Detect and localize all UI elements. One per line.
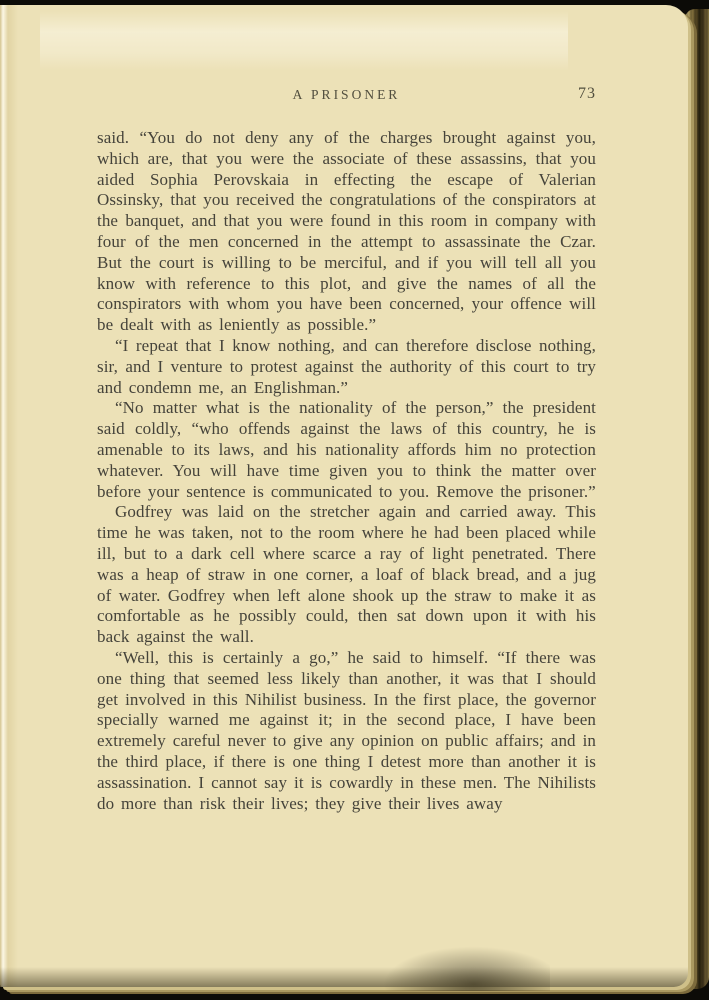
paragraph: said. “You do not deny any of the charge… <box>97 128 596 336</box>
paragraph: “No matter what is the nationality of th… <box>97 398 596 502</box>
page-number: 73 <box>578 85 596 103</box>
paragraph: “Well, this is certainly a go,” he said … <box>97 648 596 814</box>
paragraph: “I repeat that I know nothing, and can t… <box>97 336 596 398</box>
book-page: A PRISONER 73 said. “You do not deny any… <box>0 5 688 987</box>
running-title: A PRISONER <box>97 87 596 103</box>
page-bottom-shadow <box>0 967 688 987</box>
running-head: A PRISONER 73 <box>97 87 596 109</box>
scan-shadow <box>380 945 550 991</box>
book-page-edges <box>685 9 709 989</box>
text-column: A PRISONER 73 said. “You do not deny any… <box>97 87 596 814</box>
paragraph: Godfrey was laid on the stretcher again … <box>97 502 596 648</box>
page-body-text: said. “You do not deny any of the charge… <box>97 128 596 814</box>
book-scan: A PRISONER 73 said. “You do not deny any… <box>0 0 709 1000</box>
